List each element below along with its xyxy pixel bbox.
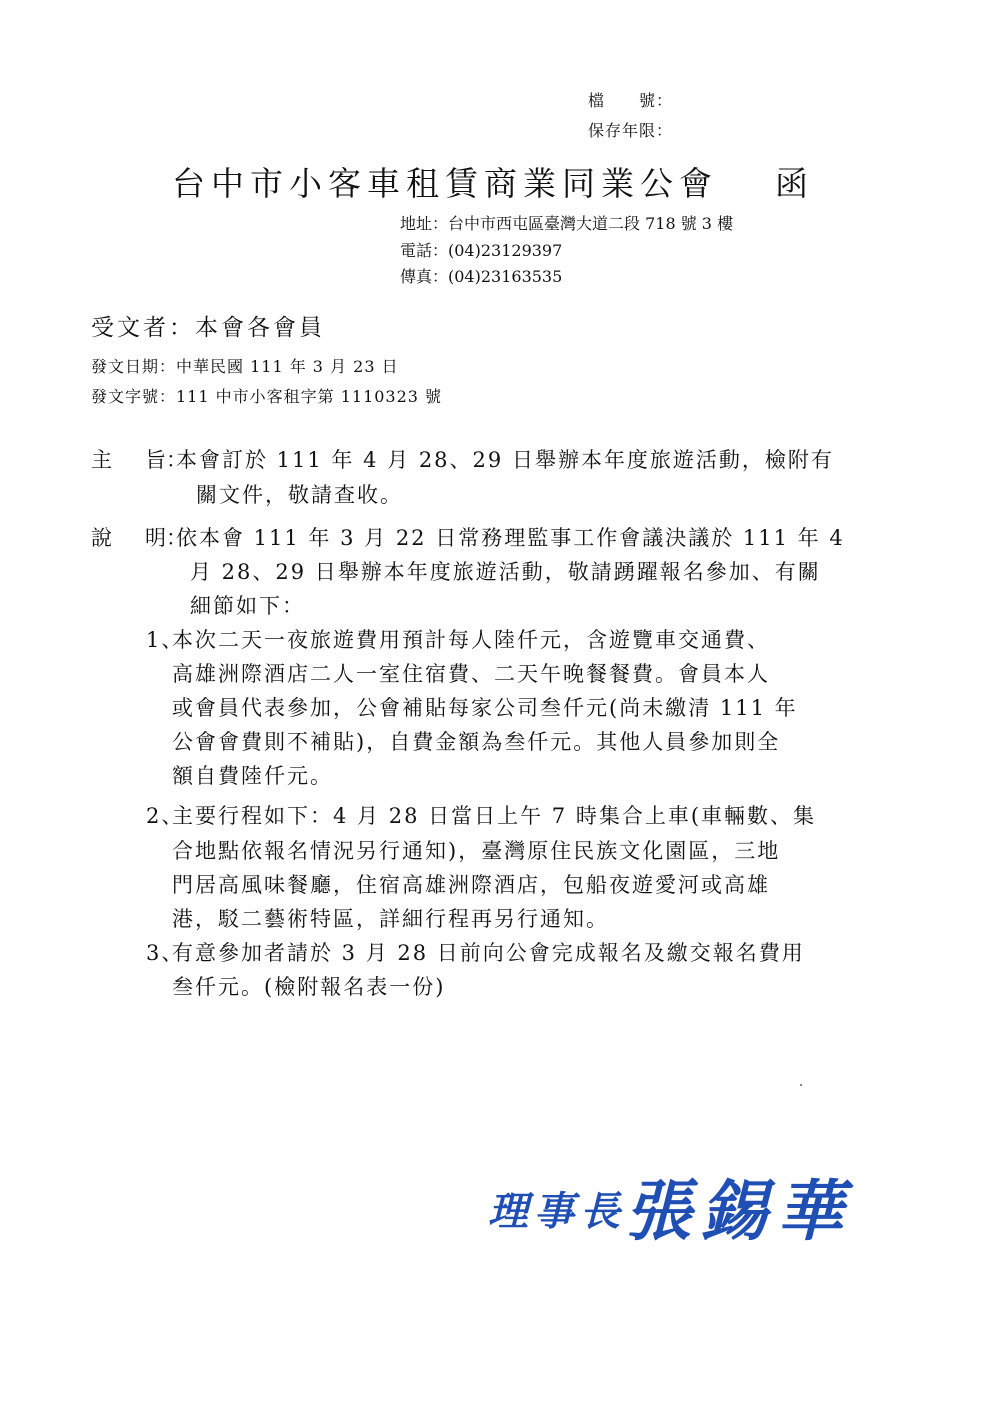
scan-speck [800,1084,802,1086]
subject-label-a: 主 [91,444,112,474]
signature-name-stamp: 張錫華 [625,1158,853,1253]
item-line: 叁仟元。(檢附報名表一份) [172,971,445,1001]
retention-period-label: 保存年限： [588,118,673,141]
issue-date: 發文日期：中華民國 111 年 3 月 23 日 [91,354,399,377]
document-type: 函 [775,158,814,205]
org-address: 地址：台中市西屯區臺灣大道二段 718 號 3 樓 [400,211,733,234]
explanation-line: 依本會 111 年 3 月 22 日常務理監事工作會議決議於 111 年 4 [176,522,845,552]
item-line: 有意參加者請於 3 月 28 日前向公會完成報名及繳交報名費用 [172,937,805,967]
issue-number: 發文字號：111 中市小客租字第 1110323 號 [91,384,442,407]
item-line: 本次二天一夜旅遊費用預計每人陸仟元，含遊覽車交通費、 [172,624,770,654]
item-line: 港，駁二藝術特區，詳細行程再另行通知。 [172,903,609,933]
item-line: 或會員代表參加，公會補貼每家公司叁仟元(尚未繳清 111 年 [172,692,798,722]
explanation-label-a: 說 [91,522,112,552]
explanation-line: 月 28、29 日舉辦本年度旅遊活動，敬請踴躍報名參加、有關 [190,556,821,586]
signature-title-stamp: 理事長 [488,1180,626,1237]
subject-line: 關文件，敬請查收。 [196,479,403,509]
item-line: 合地點依報名情況另行通知)，臺灣原住民族文化園區，三地 [172,835,780,865]
file-number-label: 檔 號： [588,88,673,111]
item-line: 高雄洲際酒店二人一室住宿費、二天午晚餐餐費。會員本人 [172,658,770,688]
organization-name: 台中市小客車租賃商業同業公會 [172,158,718,205]
org-phone: 電話：(04)23129397 [400,238,562,261]
recipient: 受文者：本會各會員 [91,309,325,342]
item-line: 額自費陸仟元。 [172,760,333,790]
org-fax: 傳真：(04)23163535 [400,264,562,287]
item-line: 公會會費則不補貼)，自費金額為叁仟元。其他人員參加則全 [172,726,780,756]
subject-line: 本會訂於 111 年 4 月 28、29 日舉辦本年度旅遊活動，檢附有 [176,444,834,474]
item-line: 門居高風味餐廳，住宿高雄洲際酒店，包船夜遊愛河或高雄 [172,869,770,899]
explanation-line: 細節如下： [190,590,305,620]
item-line: 主要行程如下：4 月 28 日當日上午 7 時集合上車(車輛數、集 [172,800,816,830]
